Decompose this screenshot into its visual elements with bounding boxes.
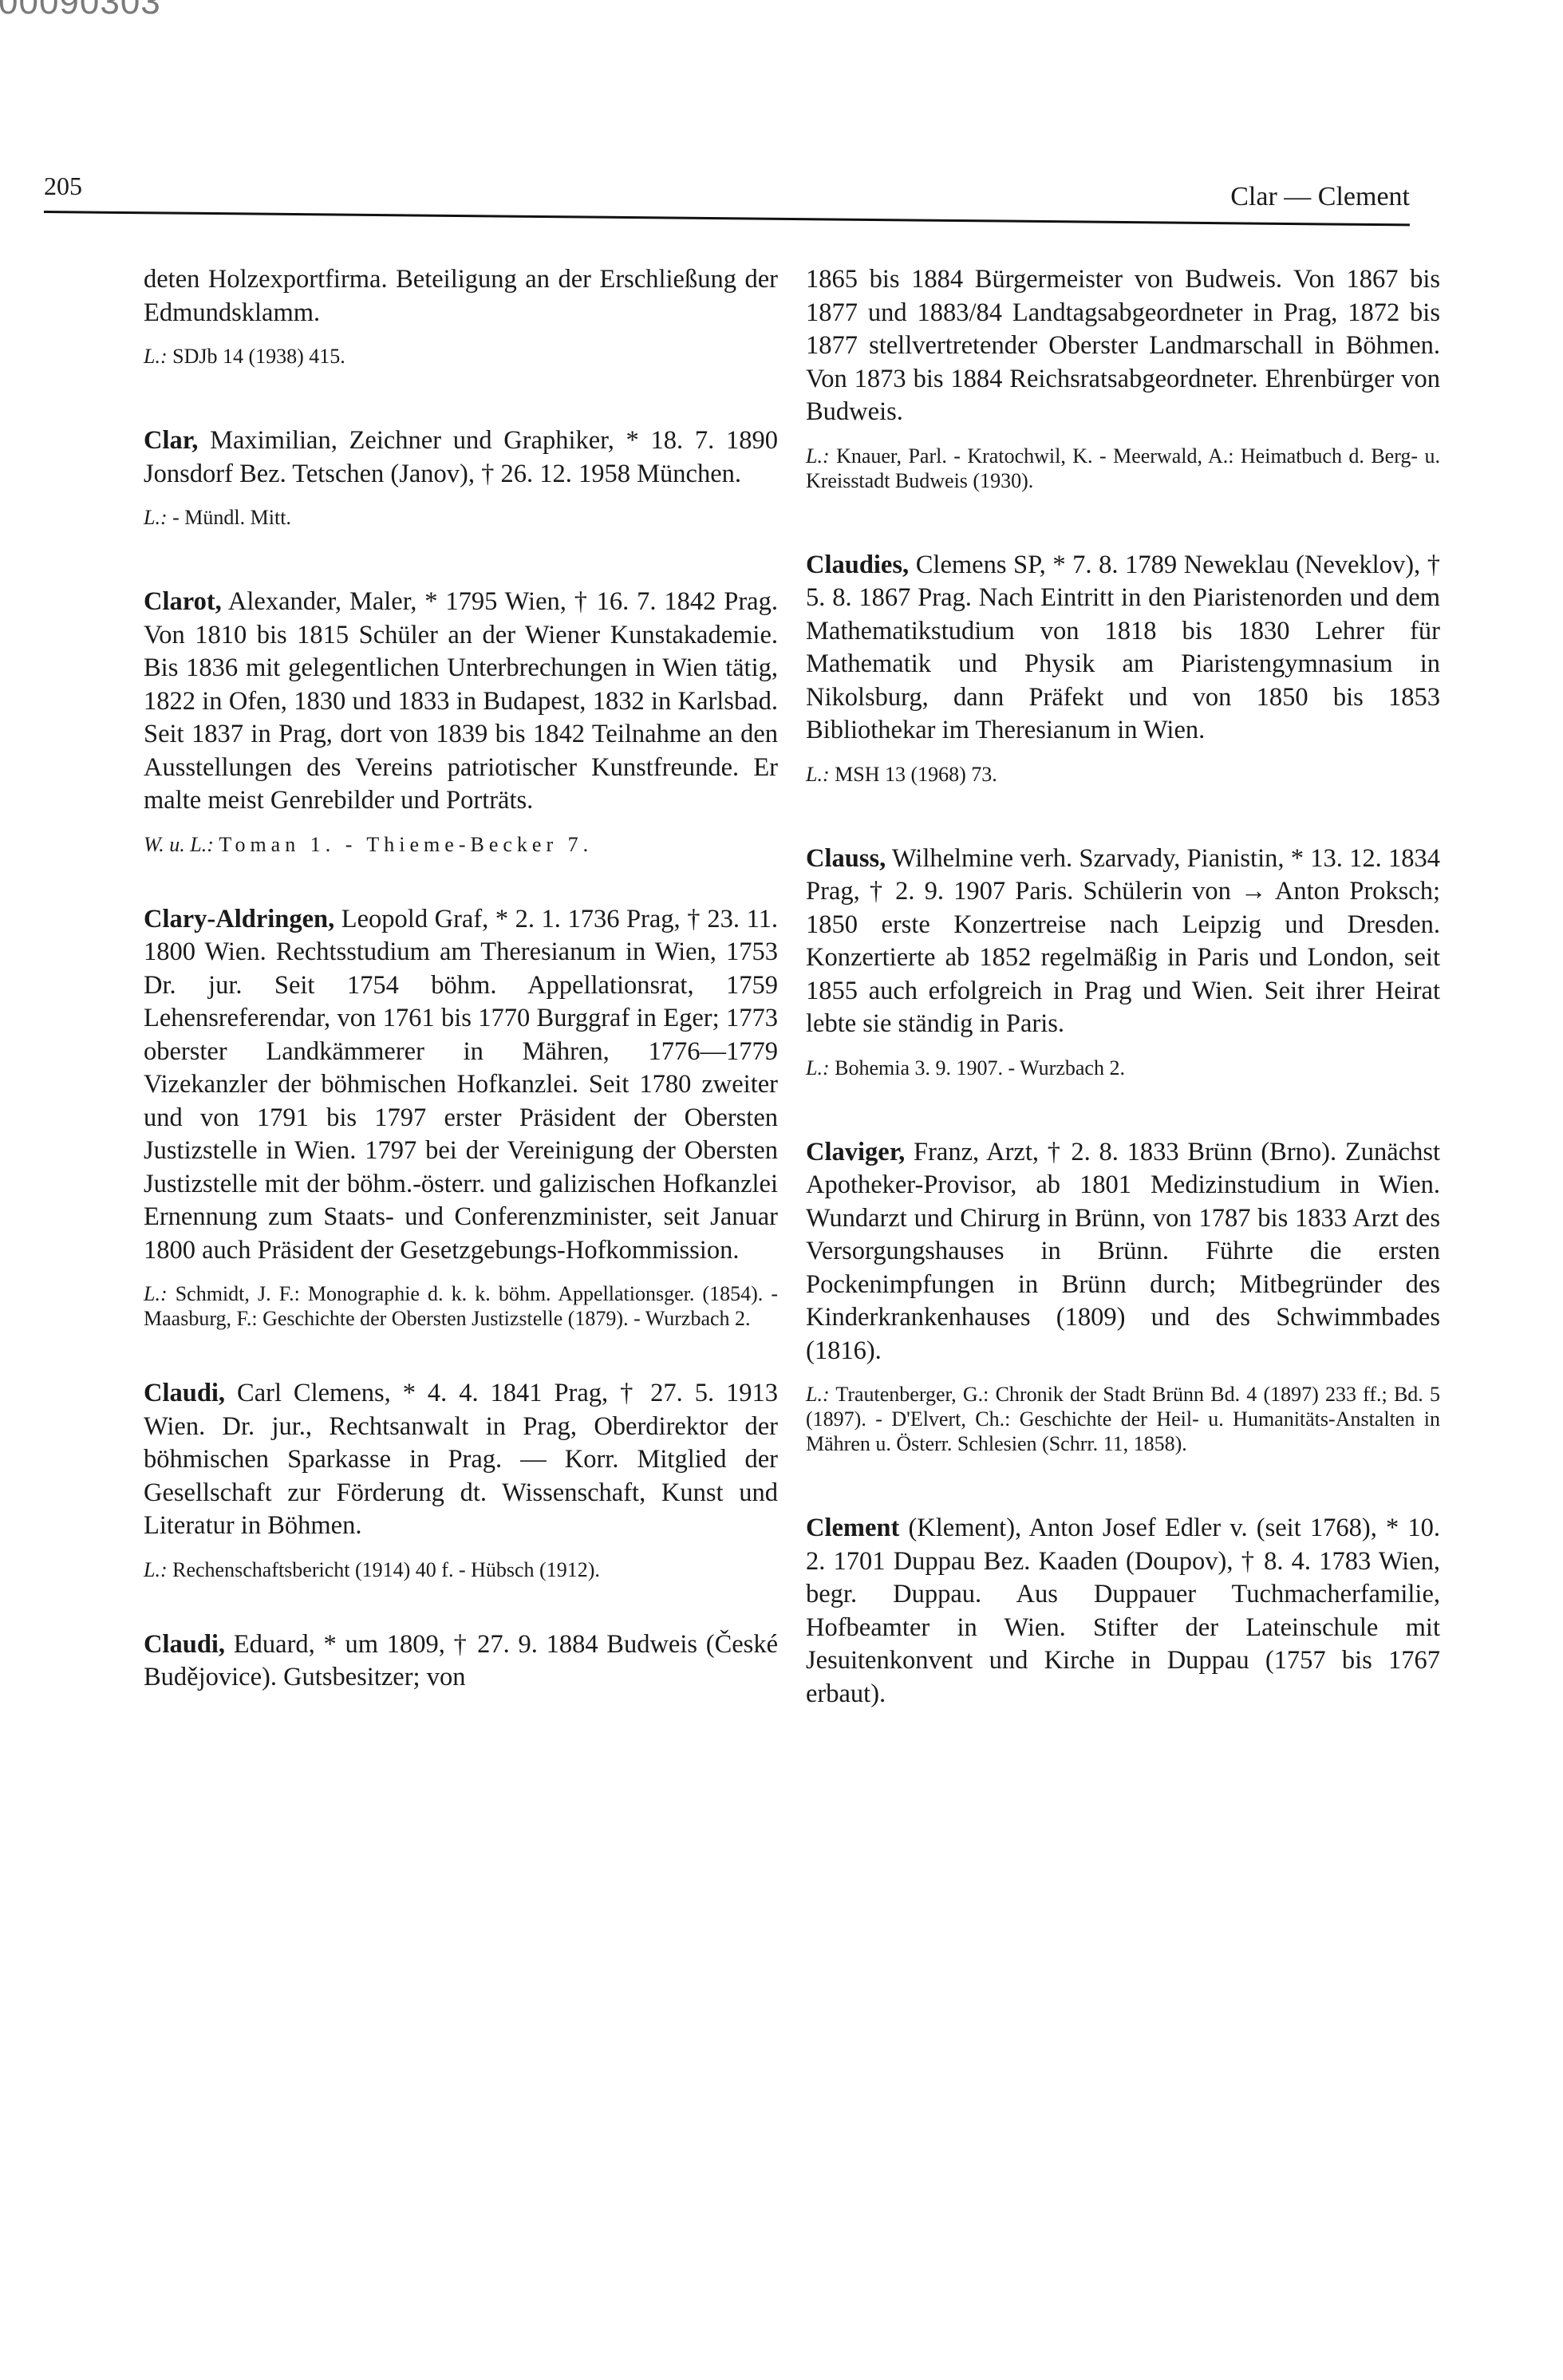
headword: Clar,	[144, 426, 198, 455]
entry-claviger: Claviger, Franz, Arzt, † 2. 8. 1833 Brün…	[806, 1136, 1440, 1457]
literature: L.: Trautenberger, G.: Chronik der Stadt…	[806, 1382, 1440, 1456]
entry-claudi-carl: Claudi, Carl Clemens, * 4. 4. 1841 Prag,…	[144, 1377, 778, 1582]
entry-body: Carl Clemens, * 4. 4. 1841 Prag, † 27. 5…	[144, 1379, 778, 1540]
literature: L.: SDJb 14 (1938) 415.	[144, 344, 778, 369]
literature: W. u. L.: Toman 1. - Thieme-Becker 7.	[144, 832, 778, 857]
entry-clauss: Clauss, Wilhelmine verh. Szarvady, Piani…	[806, 843, 1440, 1080]
literature: L.: - Mündl. Mitt.	[144, 505, 778, 530]
entry-body: Maximilian, Zeichner und Graphiker, * 18…	[144, 426, 778, 488]
running-head: Clar — Clement	[1230, 182, 1410, 212]
entry-claudi-eduard: Claudi, Eduard, * um 1809, † 27. 9. 1884…	[144, 1628, 778, 1695]
entry-body: 1865 bis 1884 Bürgermeister von Budweis.…	[806, 263, 1440, 429]
entry-clary-aldringen: Clary-Aldringen, Leopold Graf, * 2. 1. 1…	[144, 903, 778, 1332]
entry-body: Wilhelmine verh. Szarvady, Pianistin, * …	[806, 844, 1440, 1039]
literature: L.: Schmidt, J. F.: Monographie d. k. k.…	[144, 1281, 778, 1331]
header-rule	[44, 211, 1410, 226]
headword: Clary-Aldringen,	[144, 905, 334, 933]
entry-clarot: Clarot, Alexander, Maler, * 1795 Wien, †…	[144, 586, 778, 857]
headword: Clarot,	[144, 587, 222, 616]
headword: Clauss,	[806, 844, 886, 873]
entry-clement: Clement (Klement), Anton Josef Edler v. …	[806, 1512, 1440, 1711]
entry-body: (Klement), Anton Josef Edler v. (seit 17…	[806, 1514, 1440, 1708]
headword: Claudi,	[144, 1379, 225, 1407]
entry-body: deten Holzexportfirma. Beteiligung an de…	[144, 263, 778, 330]
right-column: 1865 bis 1884 Bürgermeister von Budweis.…	[806, 263, 1440, 1711]
entry-claudies: Claudies, Clemens SP, * 7. 8. 1789 Newek…	[806, 549, 1440, 787]
entry-body: Clemens SP, * 7. 8. 1789 Neweklau (Nevek…	[806, 551, 1440, 745]
headword: Claudies,	[806, 551, 909, 579]
page-number: 205	[44, 172, 82, 201]
left-column: deten Holzexportfirma. Beteiligung an de…	[144, 263, 778, 1695]
literature: L.: Knauer, Parl. - Kratochwil, K. - Mee…	[806, 444, 1440, 493]
literature: L.: Bohemia 3. 9. 1907. - Wurzbach 2.	[806, 1056, 1440, 1080]
entry-clar: Clar, Maximilian, Zeichner und Graphiker…	[144, 424, 778, 530]
entry-body: Alexander, Maler, * 1795 Wien, † 16. 7. …	[144, 587, 778, 815]
literature: L.: MSH 13 (1968) 73.	[806, 762, 1440, 787]
headword: Clement	[806, 1514, 899, 1542]
scan-id: 00090303	[0, 0, 161, 22]
entry-continuation: 1865 bis 1884 Bürgermeister von Budweis.…	[806, 263, 1440, 493]
headword: Claviger,	[806, 1138, 905, 1166]
entry-body: Franz, Arzt, † 2. 8. 1833 Brünn (Brno). …	[806, 1138, 1440, 1365]
literature: L.: Rechenschaftsbericht (1914) 40 f. - …	[144, 1557, 778, 1582]
entry-continuation: deten Holzexportfirma. Beteiligung an de…	[144, 263, 778, 369]
entry-body: Eduard, * um 1809, † 27. 9. 1884 Budweis…	[144, 1630, 778, 1692]
headword: Claudi,	[144, 1630, 225, 1659]
entry-body: Leopold Graf, * 2. 1. 1736 Prag, † 23. 1…	[144, 905, 778, 1265]
